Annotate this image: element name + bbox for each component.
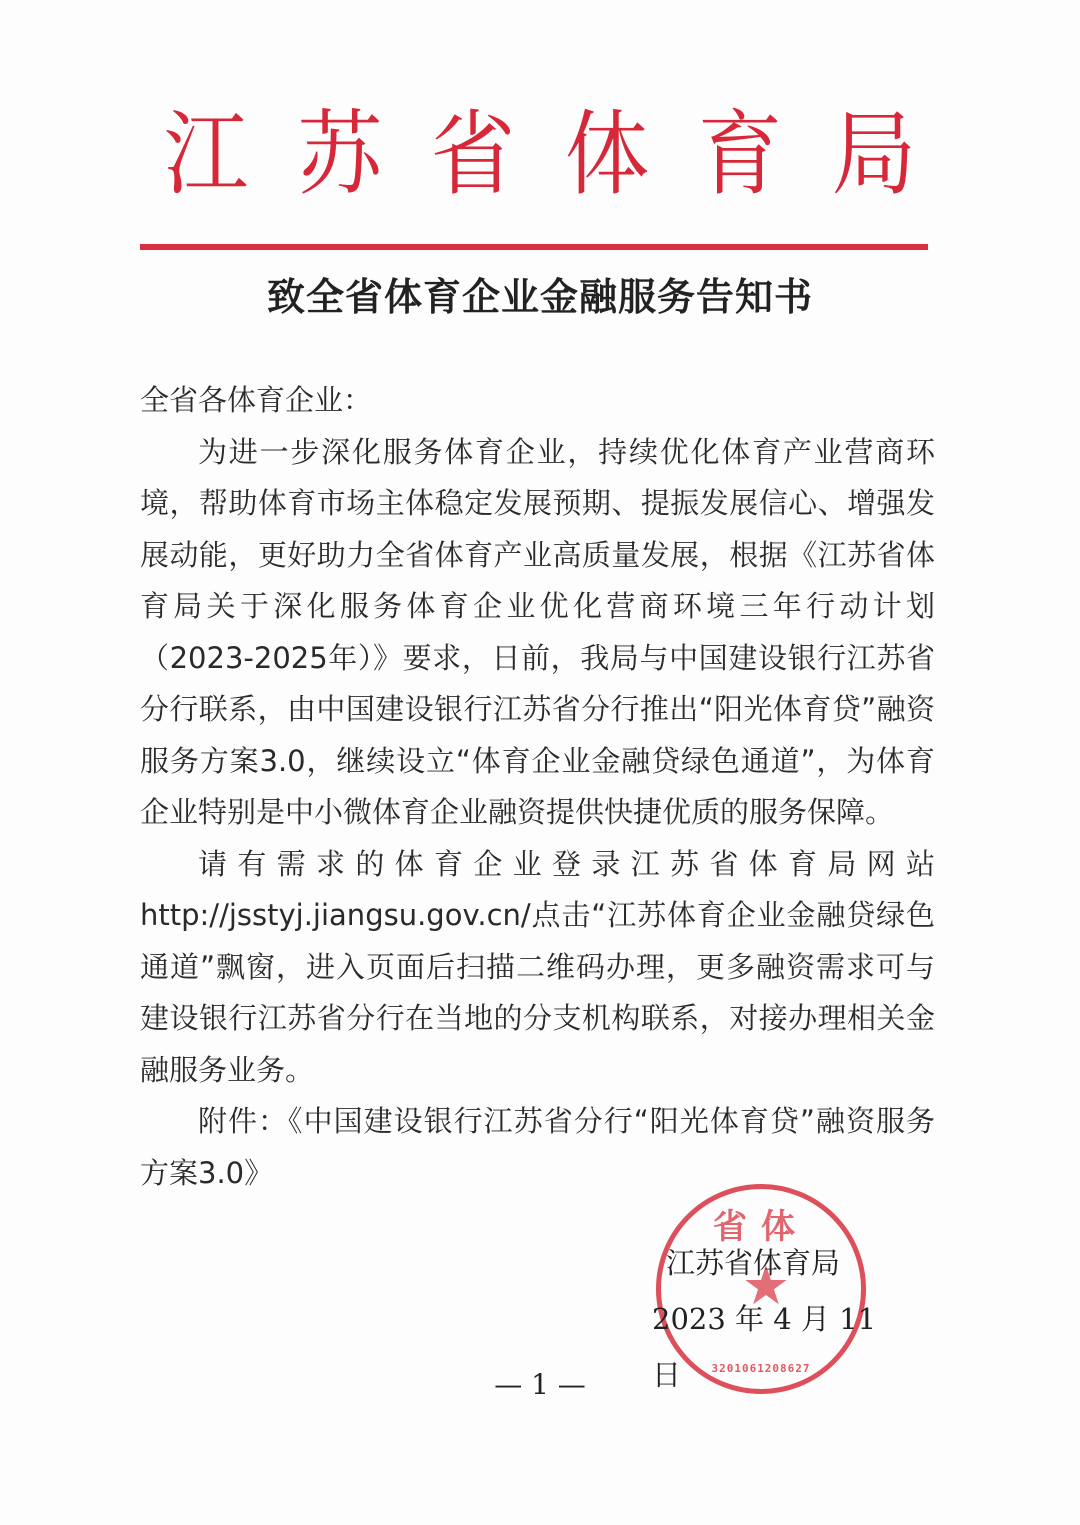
paragraph-intro: 为进一步深化服务体育企业，持续优化体育产业营商环境，帮助体育市场主体稳定发展预期… xyxy=(140,427,935,839)
document-page: 江 苏 省 体 育 局 致全省体育企业金融服务告知书 全省各体育企业： 为进一步… xyxy=(0,0,1080,1525)
masthead-char: 育 xyxy=(698,81,783,213)
masthead-char: 局 xyxy=(832,81,917,213)
masthead-issuer: 江 苏 省 体 育 局 xyxy=(160,92,920,202)
masthead-char: 苏 xyxy=(297,81,382,213)
paragraph-instructions: 请有需求的体育企业登录江苏省体育局网站http://jsstyj.jiangsu… xyxy=(140,839,935,1097)
salutation: 全省各体育企业： xyxy=(140,375,935,427)
masthead-char: 体 xyxy=(564,81,649,213)
signature-organization: 江苏省体育局 xyxy=(640,1235,900,1291)
page-number: — 1 — xyxy=(0,1368,1080,1401)
red-divider-rule xyxy=(140,244,928,250)
document-body: 全省各体育企业： 为进一步深化服务体育企业，持续优化体育产业营商环境，帮助体育市… xyxy=(140,375,935,1199)
masthead-char: 江 xyxy=(164,81,249,213)
document-title: 致全省体育企业金融服务告知书 xyxy=(0,266,1080,321)
masthead-char: 省 xyxy=(431,81,516,213)
paragraph-attachment: 附件：《中国建设银行江苏省分行“阳光体育贷”融资服务方案3.0》 xyxy=(140,1096,935,1199)
